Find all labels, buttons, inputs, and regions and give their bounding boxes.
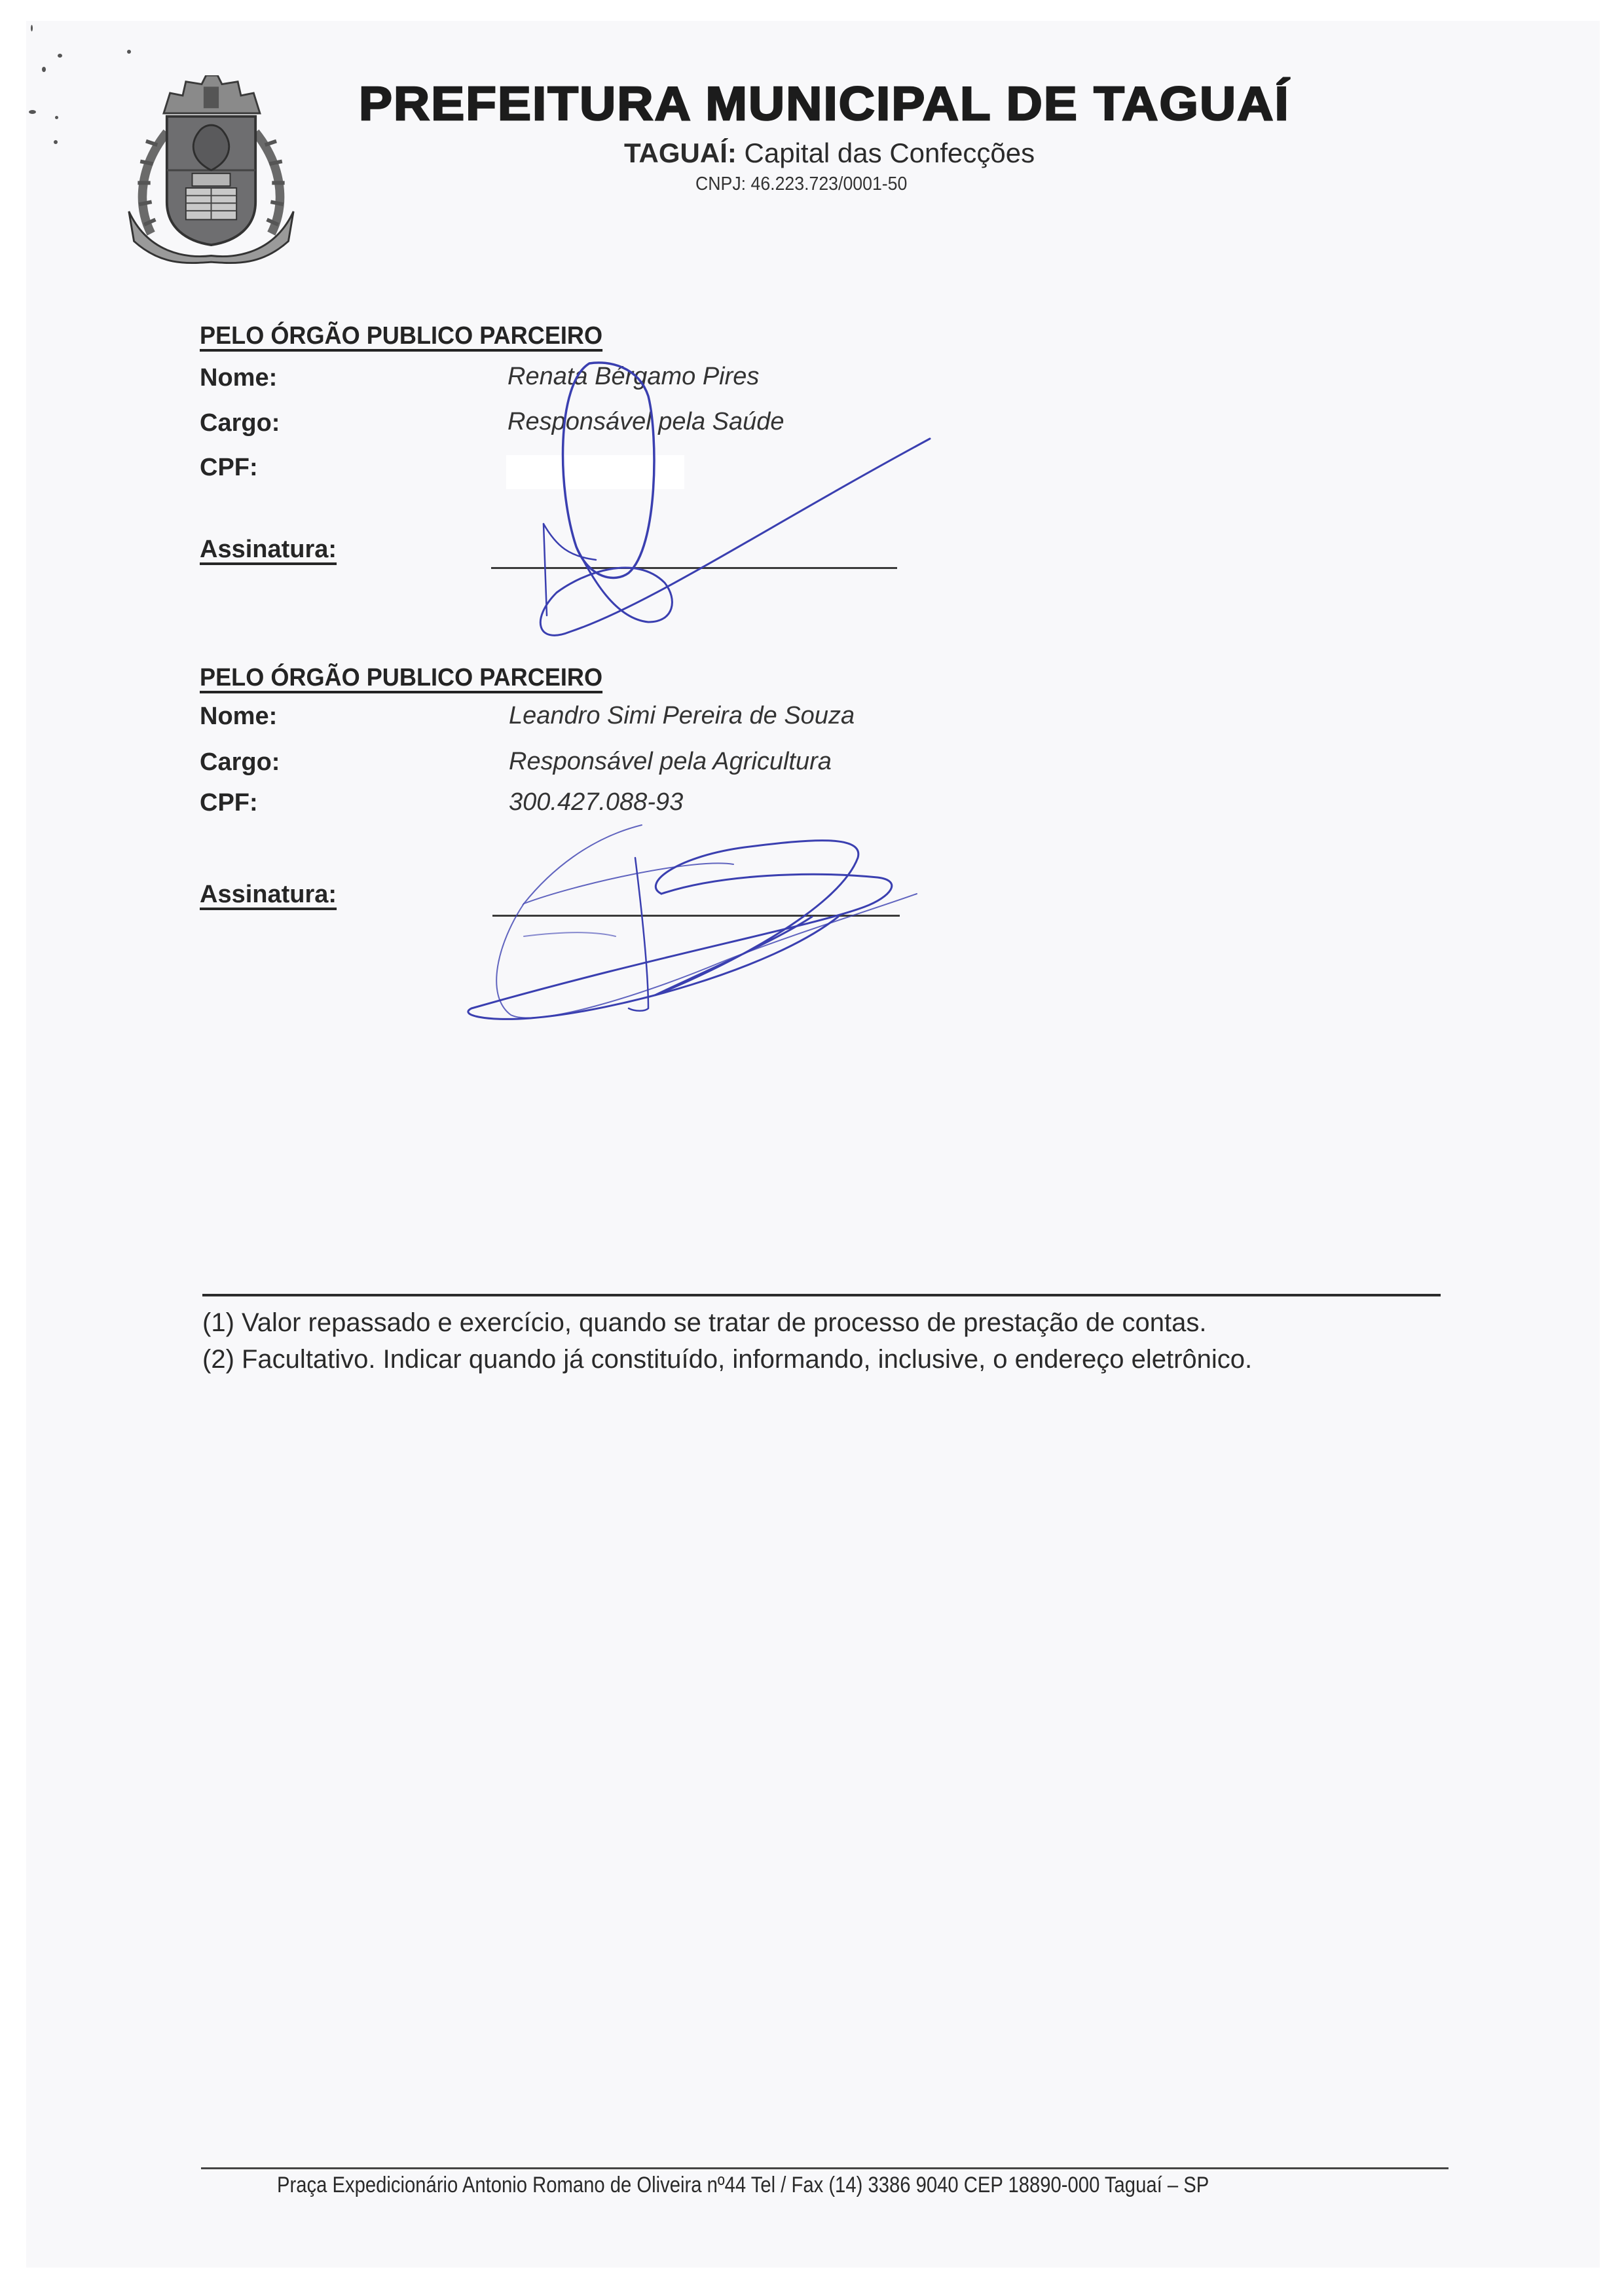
page-title: PREFEITURA MUNICIPAL DE TAGUAÍ xyxy=(359,77,1290,131)
footnote-2: (2) Facultativo. Indicar quando já const… xyxy=(202,1345,1252,1374)
footnote-separator xyxy=(202,1294,1441,1296)
section-heading-1: PELO ÓRGÃO PUBLICO PARCEIRO xyxy=(200,322,602,350)
scan-speck xyxy=(55,116,58,119)
handwritten-signature-2 xyxy=(445,812,943,1028)
role-label-2: Cargo: xyxy=(200,748,280,777)
handwritten-signature-1 xyxy=(517,357,963,638)
coat-of-arms-logo xyxy=(121,75,301,265)
scan-speck xyxy=(31,25,33,31)
slogan-text: Capital das Confecções xyxy=(737,138,1035,168)
scan-speck xyxy=(58,54,62,58)
role-value-2: Responsável pela Agricultura xyxy=(509,748,832,776)
name-label-1: Nome: xyxy=(200,364,277,392)
cpf-label-1: CPF: xyxy=(200,454,258,482)
scan-speck xyxy=(29,110,36,114)
name-value-2: Leandro Simi Pereira de Souza xyxy=(509,702,855,730)
scan-speck xyxy=(42,67,46,72)
footer-divider xyxy=(201,2167,1449,2169)
slogan-city: TAGUAÍ: xyxy=(624,138,737,168)
municipality-slogan: TAGUAÍ: Capital das Confecções xyxy=(624,138,1035,169)
role-label-1: Cargo: xyxy=(200,409,280,437)
scan-speck xyxy=(127,50,131,54)
footnote-1: (1) Valor repassado e exercício, quando … xyxy=(202,1308,1206,1338)
name-label-2: Nome: xyxy=(200,703,277,731)
section-heading-2: PELO ÓRGÃO PUBLICO PARCEIRO xyxy=(200,664,602,692)
cnpj-number: CNPJ: 46.223.723/0001-50 xyxy=(695,174,907,195)
footer-address: Praça Expedicionário Antonio Romano de O… xyxy=(277,2173,1209,2198)
cpf-label-2: CPF: xyxy=(200,789,258,817)
signature-label-1: Assinatura: xyxy=(200,536,337,564)
signature-label-2: Assinatura: xyxy=(200,881,337,909)
scan-speck xyxy=(54,140,58,144)
